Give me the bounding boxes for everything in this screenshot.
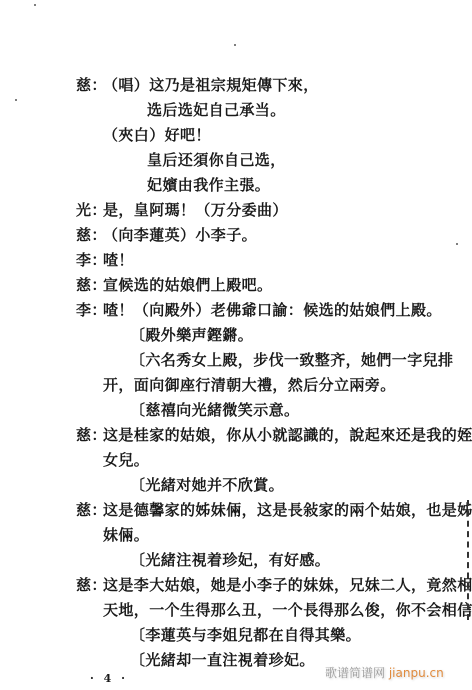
- line-text: 喳！（向殿外）老佛爺口諭：候选的姑娘們上殿。: [103, 301, 442, 319]
- line-text: 开，面向御座行清朝大禮，然后分立兩旁。: [103, 376, 396, 394]
- line-text: 这是德馨家的姊妹倆，这是長敍家的兩个姑娘，也是姊: [103, 501, 472, 519]
- line-text: 女兒。: [103, 451, 149, 469]
- scan-speck: [234, 44, 236, 46]
- line-text: 〔六名秀女上殿，步伐一致整齐，她們一字兒排: [130, 351, 453, 369]
- watermark-site-name: 歌谱简谱网: [325, 666, 385, 680]
- line-text: 〔光緒注視着珍妃，有好感。: [130, 551, 330, 569]
- line-text: 这是李大姑娘，她是小李子的妹妹，兄妹二人，竟然相差: [103, 576, 472, 594]
- page-number: · 4 ·: [90, 672, 128, 685]
- scan-edge-mark: [467, 500, 471, 620]
- line-text: 这是桂家的姑娘，你从小就認識的，說起來还是我的姪: [103, 426, 472, 444]
- scan-speck: [34, 4, 36, 6]
- line-text: 喳！: [103, 251, 134, 269]
- scan-speck: [456, 243, 458, 245]
- watermark-domain: jianpu.cn: [389, 666, 444, 680]
- line-text: 妃嬪由我作主張。: [147, 176, 270, 194]
- line-text: 〔慈禧向光緒微笑示意。: [130, 401, 299, 419]
- scan-speck: [15, 99, 17, 101]
- line-text: 〔光緒对她并不欣賞。: [130, 476, 284, 494]
- line-text: 是，皇阿瑪！（万分委曲）: [103, 201, 288, 219]
- line-text: 宣候选的姑娘們上殿吧。: [103, 276, 272, 294]
- line-text: （向李蓮英）小李子。: [103, 226, 257, 244]
- line-text: （唱）这乃是祖宗規矩傳下來，: [103, 76, 319, 94]
- script-page: 慈：（唱）这乃是祖宗規矩傳下來，选后选妃自己承当。（夾白）好吧！皇后还須你自己选…: [0, 0, 472, 690]
- line-text: 皇后还須你自己选，: [147, 151, 286, 169]
- line-text: 选后选妃自己承当。: [147, 101, 286, 119]
- line-text: 〔光緒却一直注視着珍妃。: [130, 651, 315, 669]
- line-text: 〔李蓮英与李姐兒都在自得其樂。: [130, 626, 361, 644]
- line-text: 天地，一个生得那么丑，一个長得那么俊，你不会相信吧！: [103, 601, 472, 619]
- line-text: 妹倆。: [103, 526, 149, 544]
- line-text: （夾白）好吧！: [103, 126, 211, 144]
- line-text: 〔殿外樂声鏗鏘。: [130, 326, 253, 344]
- watermark: 歌谱简谱网 jianpu.cn: [325, 664, 444, 681]
